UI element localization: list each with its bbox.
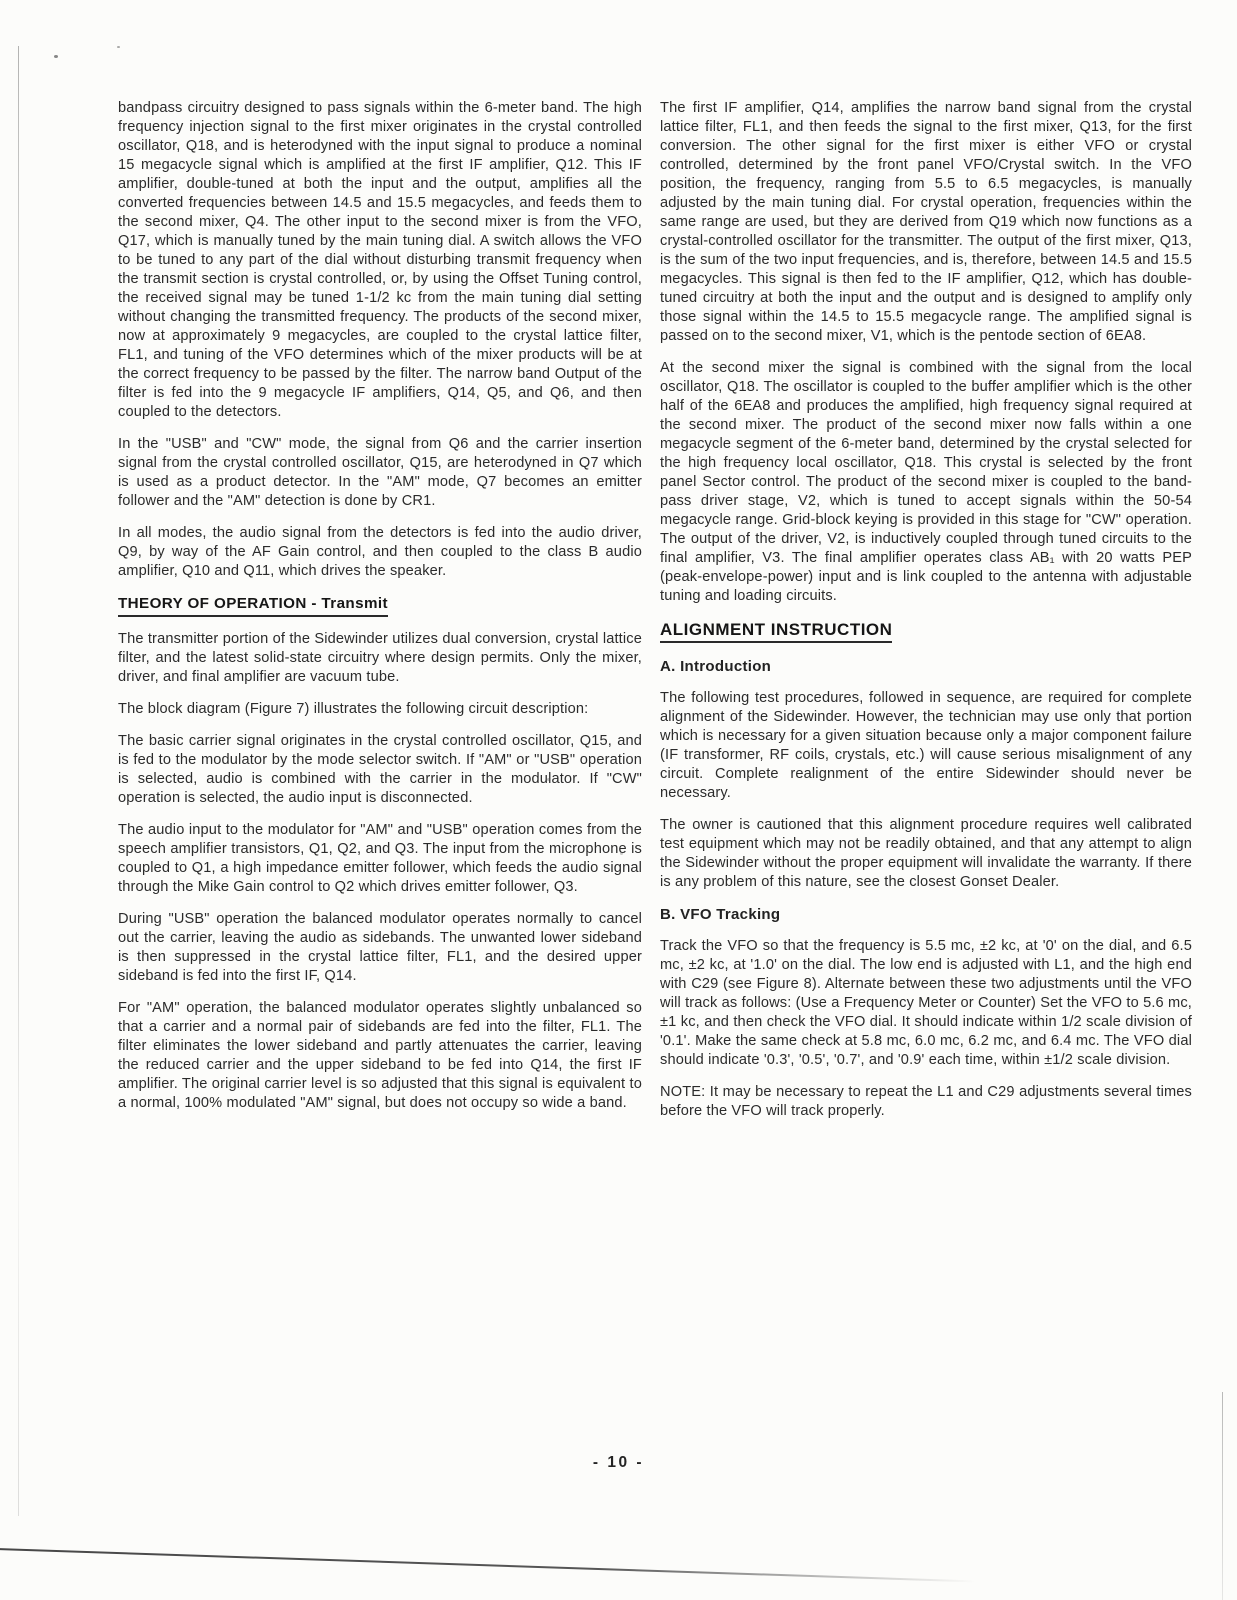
subsection-heading: B. VFO Tracking	[660, 905, 1192, 924]
paragraph: Track the VFO so that the frequency is 5…	[660, 937, 1192, 1070]
paragraph: The audio input to the modulator for "AM…	[118, 821, 642, 897]
section-heading: THEORY OF OPERATION - Transmit	[118, 594, 642, 617]
paragraph: The first IF amplifier, Q14, amplifies t…	[660, 99, 1192, 346]
paragraph: The block diagram (Figure 7) illustrates…	[118, 700, 642, 719]
scan-artifact-right-edge	[1222, 1392, 1223, 1600]
scan-artifact-speck	[547, 778, 550, 781]
scan-artifact-left-edge	[18, 46, 19, 1516]
paragraph: In the "USB" and "CW" mode, the signal f…	[118, 435, 642, 511]
paragraph: At the second mixer the signal is combin…	[660, 359, 1192, 606]
heading-text: THEORY OF OPERATION - Transmit	[118, 594, 388, 617]
document-page: bandpass circuitry designed to pass sign…	[0, 0, 1237, 1600]
scan-artifact-bottom-line	[0, 1548, 995, 1584]
scan-artifact-speck	[620, 852, 623, 855]
paragraph: For "AM" operation, the balanced modulat…	[118, 999, 642, 1113]
paragraph: In all modes, the audio signal from the …	[118, 524, 642, 581]
subsection-heading: A. Introduction	[660, 657, 1192, 676]
paragraph: The transmitter portion of the Sidewinde…	[118, 630, 642, 687]
paragraph: During "USB" operation the balanced modu…	[118, 910, 642, 986]
paragraph: bandpass circuitry designed to pass sign…	[118, 99, 642, 422]
section-heading: ALIGNMENT INSTRUCTION	[660, 620, 1192, 643]
left-column: bandpass circuitry designed to pass sign…	[118, 99, 642, 1126]
heading-text: ALIGNMENT INSTRUCTION	[660, 620, 892, 643]
right-column: The first IF amplifier, Q14, amplifies t…	[660, 99, 1192, 1134]
paragraph: NOTE: It may be necessary to repeat the …	[660, 1083, 1192, 1121]
scan-artifact-speck	[54, 55, 58, 58]
scan-artifact-speck	[117, 46, 120, 48]
paragraph: The following test procedures, followed …	[660, 689, 1192, 803]
page-number: - 10 -	[0, 1454, 1237, 1472]
paragraph: The basic carrier signal originates in t…	[118, 732, 642, 808]
paragraph: The owner is cautioned that this alignme…	[660, 816, 1192, 892]
